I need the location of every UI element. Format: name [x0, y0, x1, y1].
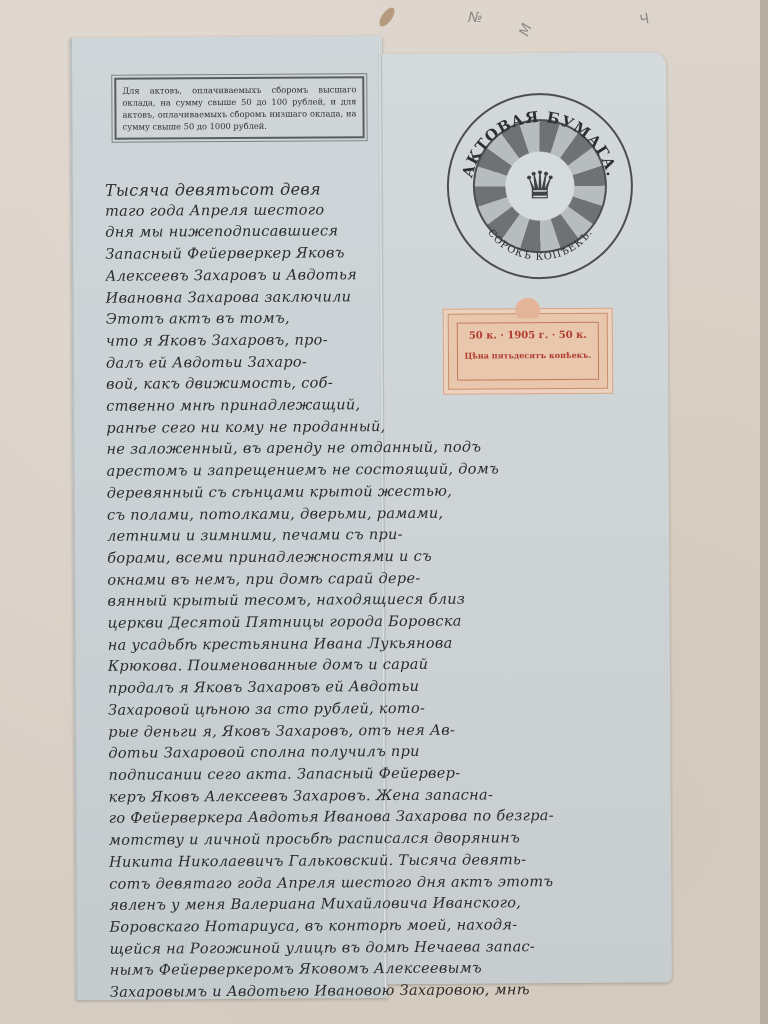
handwritten-line: Ивановна Захарова заключили — [106, 286, 446, 310]
handwritten-line: Захаровымъ и Авдотьею Ивановою Захаровою… — [110, 979, 680, 1004]
backing-board-edge — [760, 0, 768, 1024]
handwritten-line: Этотъ актъ въ томъ, — [106, 308, 446, 332]
seal-top-text: АКТОВАЯ БУМАГА. — [458, 107, 621, 179]
handwritten-line: Тысяча девятьсот девя — [105, 178, 445, 202]
pencil-mark: № — [468, 10, 483, 26]
handwritten-line: что я Яковъ Захаровъ, про- — [106, 330, 446, 354]
handwritten-line: ственно мнѣ принадлежащий, — [106, 395, 446, 419]
handwritten-line: далъ ей Авдотьи Захаро- — [106, 351, 446, 375]
notice-box: Для актовъ, оплачиваемыхъ сборомъ высшаг… — [114, 76, 364, 140]
deed-sheet: Для актовъ, оплачиваемыхъ сборомъ высшаг… — [70, 34, 672, 1000]
handwritten-line: ранѣе сего ни кому не проданный, — [106, 416, 446, 440]
handwritten-line: Запасный Фейерверкер Яковъ — [105, 243, 445, 267]
handwritten-line: вой, какъ движимость, соб- — [106, 373, 446, 397]
svg-text:АКТОВАЯ БУМАГА.: АКТОВАЯ БУМАГА. — [458, 107, 621, 179]
handwritten-line: таго года Апреля шестого — [105, 199, 445, 223]
handwritten-line: дня мы нижеподписавшиеся — [105, 221, 445, 245]
handwritten-text: Тысяча девятьсот девя таго года Апреля ш… — [105, 176, 680, 1004]
handwritten-line: Алексеевъ Захаровъ и Авдотья — [105, 265, 445, 289]
